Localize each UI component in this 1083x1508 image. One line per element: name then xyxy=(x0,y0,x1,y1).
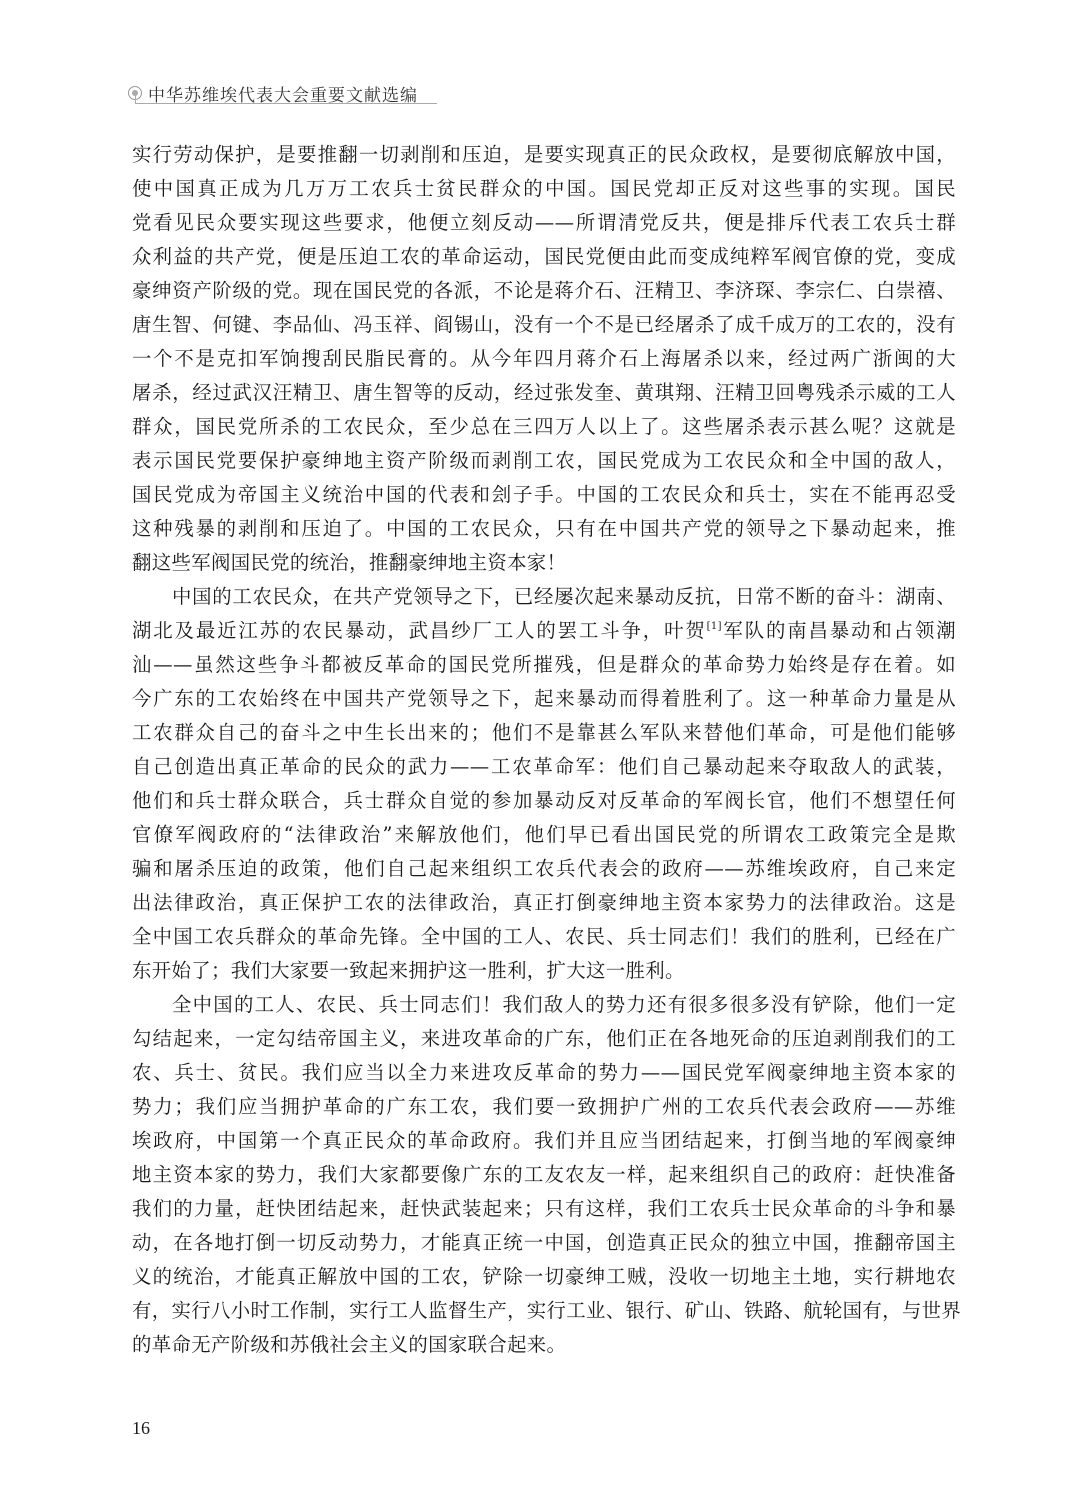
text-line: 一个不是克扣军饷搜刮民脂民膏的。从今年四月蒋介石上海屠杀以来，经过两广浙闽的大 xyxy=(132,342,956,376)
body-text: 实行劳动保护，是要推翻一切剥削和压迫，是要实现真正的民众政权，是要彻底解放中国，… xyxy=(132,138,956,1362)
footnote-marker[interactable]: [1] xyxy=(707,621,722,632)
text-line: 的革命无产阶级和苏俄社会主义的国家联合起来。 xyxy=(132,1328,956,1362)
text-line: 我们的力量，赶快团结起来，赶快武装起来；只有这样，我们工农兵士民众革命的斗争和暴 xyxy=(132,1192,956,1226)
text-line: 勾结起来，一定勾结帝国主义，来进攻革命的广东，他们正在各地死命的压迫剥削我们的工 xyxy=(132,1022,956,1056)
text-line: 今广东的工农始终在中国共产党领导之下，起来暴动而得着胜利了。这一种革命力量是从 xyxy=(132,682,956,716)
text-line: 出法律政治，真正保护工农的法律政治，真正打倒豪绅地主资本家势力的法律政治。这是 xyxy=(132,886,956,920)
text-line: 有，实行八小时工作制，实行工人监督生产，实行工业、银行、矿山、铁路、航轮国有，与… xyxy=(132,1294,956,1328)
text-line: 工农群众自己的奋斗之中生长出来的；他们不是靠甚么军队来替他们革命，可是他们能够 xyxy=(132,716,956,750)
text-line: 东开始了；我们大家要一致起来拥护这一胜利，扩大这一胜利。 xyxy=(132,954,956,988)
text-line: 使中国真正成为几万万工农兵士贫民群众的中国。国民党却正反对这些事的实现。国民 xyxy=(132,172,956,206)
text-line: 全中国的工人、农民、兵士同志们！我们敌人的势力还有很多很多没有铲除，他们一定 xyxy=(132,988,956,1022)
text-line: 动，在各地打倒一切反动势力，才能真正统一中国，创造真正民众的独立中国，推翻帝国主 xyxy=(132,1226,956,1260)
text-line: 全中国工农兵群众的革命先锋。全中国的工人、农民、兵士同志们！我们的胜利，已经在广 xyxy=(132,920,956,954)
page-number: 16 xyxy=(132,1418,150,1439)
text-line: 豪绅资产阶级的党。现在国民党的各派，不论是蒋介石、汪精卫、李济琛、李宗仁、白崇禧… xyxy=(132,274,956,308)
text-line: 他们和兵士群众联合，兵士群众自觉的参加暴动反对反革命的军阀长官，他们不想望任何 xyxy=(132,784,956,818)
header-rule xyxy=(135,103,437,104)
text-line-with-footnote: 湖北及最近江苏的农民暴动，武昌纱厂工人的罢工斗争，叶贺[1]军队的南昌暴动和占领… xyxy=(132,614,956,648)
text-line: 骗和屠杀压迫的政策，他们自己起来组织工农兵代表会的政府——苏维埃政府，自己来定 xyxy=(132,852,956,886)
paragraph-2: 中国的工农民众，在共产党领导之下，已经屡次起来暴动反抗，日常不断的奋斗：湖南、 … xyxy=(132,580,956,988)
text-line: 群众，国民党所杀的工农民众，至少总在三四万人以上了。这些屠杀表示甚么呢？这就是 xyxy=(132,410,956,444)
paragraph-3: 全中国的工人、农民、兵士同志们！我们敌人的势力还有很多很多没有铲除，他们一定 勾… xyxy=(132,988,956,1362)
text-line: 众利益的共产党，便是压迫工农的革命运动，国民党便由此而变成纯粹军阀官僚的党，变成 xyxy=(132,240,956,274)
text-line: 义的统治，才能真正解放中国的工农，铲除一切豪绅工贼，没收一切地主土地，实行耕地农 xyxy=(132,1260,956,1294)
text-line: 农、兵士、贫民。我们应当以全力来进攻反革命的势力——国民党军阀豪绅地主资本家的 xyxy=(132,1056,956,1090)
text-line: 党看见民众要实现这些要求，他便立刻反动——所谓清党反共，便是排斥代表工农兵士群 xyxy=(132,206,956,240)
text-line: 汕——虽然这些争斗都被反革命的国民党所摧残，但是群众的革命势力始终是存在着。如 xyxy=(132,648,956,682)
text-line: 官僚军阀政府的“法律政治”来解放他们，他们早已看出国民党的所谓农工政策完全是欺 xyxy=(132,818,956,852)
text-line: 这种残暴的剥削和压迫了。中国的工农民众，只有在中国共产党的领导之下暴动起来，推 xyxy=(132,512,956,546)
text-line: 自己创造出真正革命的民众的武力——工农革命军：他们自己暴动起来夺取敌人的武装， xyxy=(132,750,956,784)
text-line: 国民党成为帝国主义统治中国的代表和刽子手。中国的工农民众和兵士，实在不能再忍受 xyxy=(132,478,956,512)
text-line: 埃政府，中国第一个真正民众的革命政府。我们并且应当团结起来，打倒当地的军阀豪绅 xyxy=(132,1124,956,1158)
text-line: 地主资本家的势力，我们大家都要像广东的工友农友一样，起来组织自己的政府：赶快准备 xyxy=(132,1158,956,1192)
book-title: 中华苏维埃代表大会重要文献选编 xyxy=(148,81,418,106)
text-line: 翻这些军阀国民党的统治，推翻豪绅地主资本家！ xyxy=(132,546,956,580)
text-line: 中国的工农民众，在共产党领导之下，已经屡次起来暴动反抗，日常不断的奋斗：湖南、 xyxy=(132,580,956,614)
paragraph-1: 实行劳动保护，是要推翻一切剥削和压迫，是要实现真正的民众政权，是要彻底解放中国，… xyxy=(132,138,956,580)
text-line: 屠杀，经过武汉汪精卫、唐生智等的反动，经过张发奎、黄琪翔、汪精卫回粤残杀示威的工… xyxy=(132,376,956,410)
text-line: 唐生智、何键、李品仙、冯玉祥、阎锡山，没有一个不是已经屠杀了成千成万的工农的，没… xyxy=(132,308,956,342)
text-line: 实行劳动保护，是要推翻一切剥削和压迫，是要实现真正的民众政权，是要彻底解放中国， xyxy=(132,138,956,172)
text-line: 势力；我们应当拥护革命的广东工农，我们要一致拥护广州的工农兵代表会政府——苏维 xyxy=(132,1090,956,1124)
text-line: 表示国民党要保护豪绅地主资产阶级而剥削工农，国民党成为工农民众和全中国的敌人， xyxy=(132,444,956,478)
text-segment: 军队的南昌暴动和占领潮 xyxy=(722,619,956,642)
text-segment: 湖北及最近江苏的农民暴动，武昌纱厂工人的罢工斗争，叶贺 xyxy=(132,619,707,642)
